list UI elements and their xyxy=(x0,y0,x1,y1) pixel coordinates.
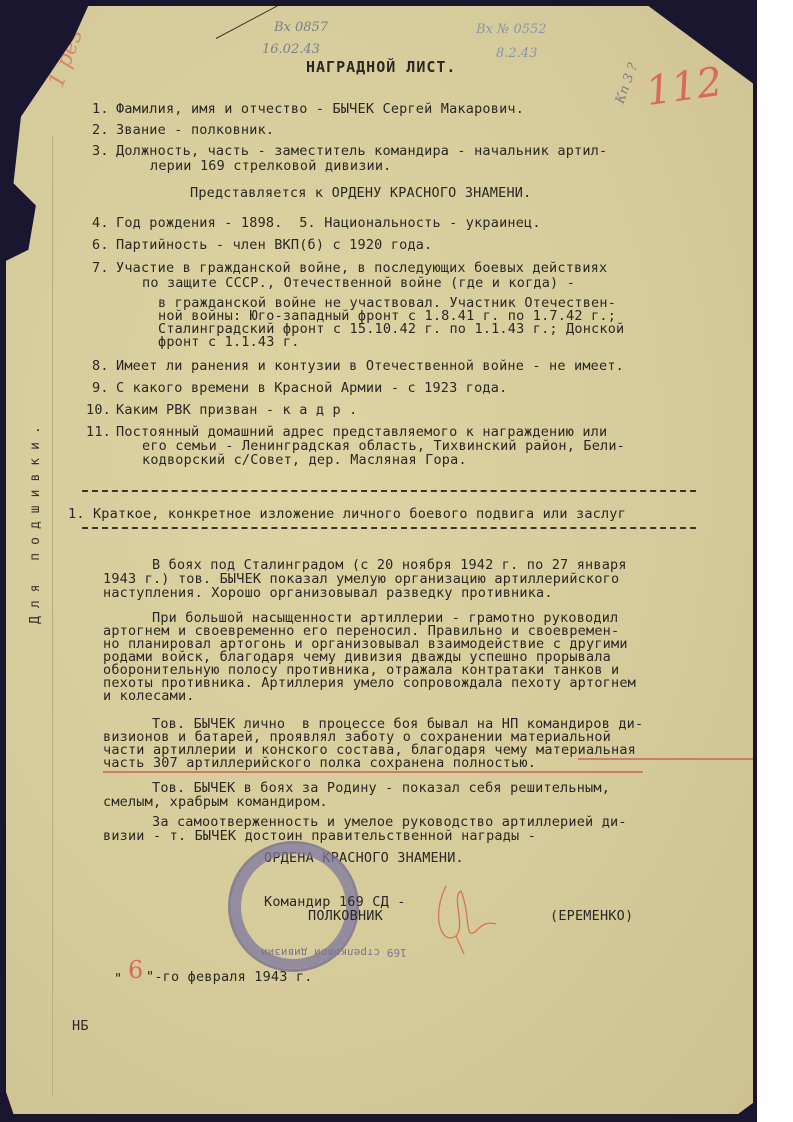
item-6-text: Партийность - член ВКП(б) с 1920 года. xyxy=(116,238,432,252)
red-underline-2 xyxy=(103,771,643,773)
date-text: "-го февраля 1943 г. xyxy=(146,970,313,984)
item-3-cont: лерии 169 стрелковой дивизии. xyxy=(150,159,392,173)
item-10-num: 10. xyxy=(86,403,111,417)
item-2-num: 2. xyxy=(92,123,109,137)
item-11-cont2: кодворский с/Совет, дер. Масляная Гора. xyxy=(142,453,467,467)
date-open-quote: " xyxy=(114,972,122,986)
item-7-text: Участие в гражданской войне, в последующ… xyxy=(116,261,607,275)
para-1-line-1: В боях под Сталинградом (с 20 ноября 194… xyxy=(152,558,627,572)
scan-border: Вх 0857 16.02.43 Вх № 0552 8.2.43 Кп 3 ?… xyxy=(0,0,757,1122)
item-8-num: 8. xyxy=(92,359,109,373)
award-sheet: Вх 0857 16.02.43 Вх № 0552 8.2.43 Кп 3 ?… xyxy=(6,6,753,1114)
para-3-line-4: часть 307 артиллерийского полка сохранен… xyxy=(103,756,536,770)
document-title: НАГРАДНОЙ ЛИСТ. xyxy=(306,60,456,74)
item-4-text: Год рождения - 1898. 5. Национальность -… xyxy=(116,216,541,230)
item-7-answer-4: фронт с 1.1.43 г. xyxy=(158,335,300,349)
margin-binding-note: Для подшивки. xyxy=(28,418,43,624)
para-5-line-2: визии - т. БЫЧЕК достоин правительственн… xyxy=(103,829,536,843)
pencil-note-date-right: 8.2.43 xyxy=(496,46,537,61)
item-9-num: 9. xyxy=(92,381,109,395)
item-1-text: Фамилия, имя и отчество - БЫЧЕК Сергей М… xyxy=(116,102,524,116)
red-page-number: 112 xyxy=(643,59,725,115)
item-2-text: Звание - полковник. xyxy=(116,123,274,137)
pencil-note-entry-right: Вх № 0552 xyxy=(476,22,547,37)
margin-line xyxy=(52,136,53,1096)
stamp-text: 169 стрелковой дивизии xyxy=(261,946,407,959)
red-left-note: 1 рез xyxy=(44,26,88,91)
para-5-line-1: За самоотверженность и умелое руководств… xyxy=(152,815,627,829)
rule-top xyxy=(82,490,696,492)
item-9-text: С какого времени в Красной Армии - с 192… xyxy=(116,381,507,395)
item-7-num: 7. xyxy=(92,261,109,275)
signature-name: (ЕРЕМЕНКО) xyxy=(550,909,633,923)
item-10-text: Каким РВК призван - к а д р . xyxy=(116,403,358,417)
item-8-text: Имеет ли ранения и контузии в Отечествен… xyxy=(116,359,624,373)
rule-bottom xyxy=(82,527,696,529)
date-day-handwritten: 6 xyxy=(128,956,143,984)
item-3-text: Должность, часть - заместитель командира… xyxy=(116,144,607,158)
signature-title: Командир 169 СД - xyxy=(264,895,406,909)
item-4-num: 4. xyxy=(92,216,109,230)
section-heading: 1. Краткое, конкретное изложение личного… xyxy=(68,507,626,521)
item-11-text: Постоянный домашний адрес представляемог… xyxy=(116,425,607,439)
red-underline-1 xyxy=(578,758,754,760)
para-1-line-2: 1943 г.) тов. БЫЧЕК показал умелую орган… xyxy=(103,572,619,586)
typist-initials: НБ xyxy=(72,1019,89,1033)
handwritten-signature-icon xyxy=(426,876,506,956)
pencil-note-far-right: Кп 3 ? xyxy=(613,61,641,106)
pencil-note-entry-left: Вх 0857 xyxy=(274,20,328,35)
item-1-num: 1. xyxy=(92,102,109,116)
item-11-cont: его семьи - Ленинградская область, Тихви… xyxy=(142,439,625,453)
item-7-cont: по защите СССР., Отечественной войне (гд… xyxy=(142,276,575,290)
award-nomination: Представляется к ОРДЕНУ КРАСНОГО ЗНАМЕНИ… xyxy=(190,186,531,200)
para-4-line-2: смелым, храбрым командиром. xyxy=(103,795,328,809)
pencil-note-date-left: 16.02.43 xyxy=(262,42,320,57)
para-4-line-1: Тов. БЫЧЕК в боях за Родину - показал се… xyxy=(152,781,610,795)
para-1-line-3: наступления. Хорошо организовывал развед… xyxy=(103,586,553,600)
item-3-num: 3. xyxy=(92,144,109,158)
item-6-num: 6. xyxy=(92,238,109,252)
item-11-num: 11. xyxy=(86,425,111,439)
para-2-line-7: и колесами. xyxy=(103,689,195,703)
signature-rank: ПОЛКОВНИК xyxy=(308,909,383,923)
